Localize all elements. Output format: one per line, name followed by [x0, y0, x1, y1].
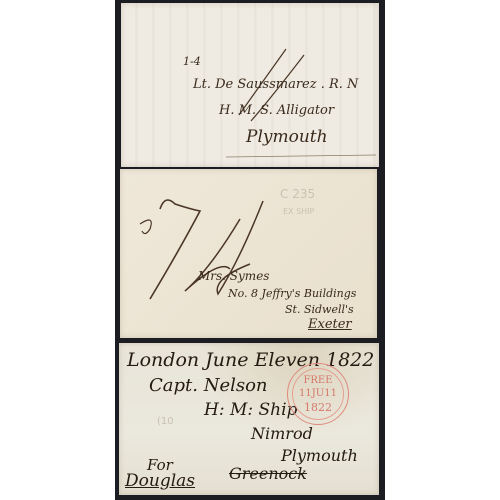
address-line-ship-type: H: M: Ship: [204, 400, 297, 420]
letter-cover-3: London June Eleven 1822 Capt. Nelson H: …: [119, 343, 379, 495]
address-line-2: No. 8 Jeffry's Buildings: [228, 287, 356, 300]
address-line-1: Lt. De Saussmarez . R. N: [193, 77, 358, 92]
letter-cover-1: 1-4 Lt. De Saussmarez . R. N H. M. S. Al…: [121, 3, 379, 167]
letter-cover-2: C 235 EX SHIP Mrs. Symes No. 8 Jeffry's …: [120, 169, 377, 338]
free-postmark: FREE 11JU11 1822: [287, 363, 349, 425]
address-line-1: Mrs. Symes: [198, 269, 269, 283]
address-line-2: H. M. S. Alligator: [219, 103, 334, 118]
address-line-4: Exeter: [308, 317, 352, 332]
dateline-free-front: London June Eleven 1822: [127, 349, 374, 371]
address-line-ship-name: Nimrod: [251, 424, 313, 443]
address-line-3: St. Sidwell's: [285, 303, 354, 316]
address-line-3: Plymouth: [246, 127, 328, 147]
endorsement-douglas: Douglas: [125, 471, 195, 491]
address-line-name: Capt. Nelson: [149, 375, 268, 396]
struck-through-port: Greenock: [229, 464, 307, 483]
address-line-port: Plymouth: [281, 446, 358, 465]
pencil-mark: (10: [157, 416, 174, 427]
